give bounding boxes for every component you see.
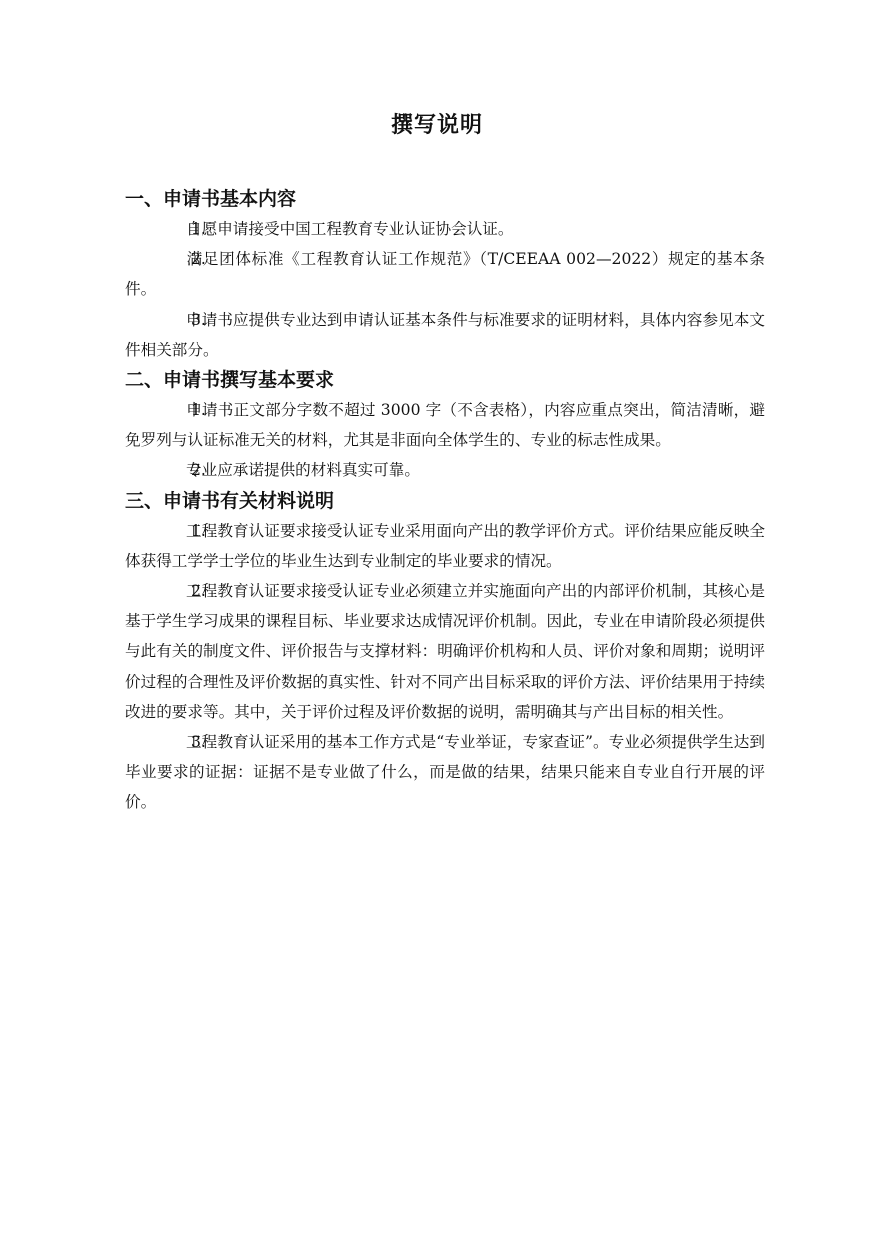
item-number: 1. [158, 516, 186, 546]
list-item: 2.工程教育认证要求接受认证专业必须建立并实施面向产出的内部评价机制，其核心是基… [125, 576, 765, 727]
list-item: 1.申请书正文部分字数不超过 3000 字（不含表格），内容应重点突出，简洁清晰… [125, 395, 765, 455]
item-number: 3. [158, 727, 186, 757]
item-number: 1. [158, 214, 186, 244]
section-heading: 三、申请书有关材料说明 [125, 486, 765, 516]
item-number: 2. [158, 455, 186, 485]
section-heading: 一、申请书基本内容 [125, 184, 765, 214]
document-body: 一、申请书基本内容 1.自愿申请接受中国工程教育专业认证协会认证。 2.满足团体… [125, 184, 765, 818]
list-item: 2.专业应承诺提供的材料真实可靠。 [125, 455, 765, 485]
item-text: 工程教育认证要求接受认证专业采用面向产出的教学评价方式。评价结果应能反映全体获得… [125, 522, 765, 570]
item-number: 2. [158, 244, 186, 274]
item-text: 申请书应提供专业达到申请认证基本条件与标准要求的证明材料，具体内容参见本文件相关… [125, 311, 765, 359]
list-item: 3.申请书应提供专业达到申请认证基本条件与标准要求的证明材料，具体内容参见本文件… [125, 305, 765, 365]
item-text: 工程教育认证采用的基本工作方式是“专业举证，专家查证”。专业必须提供学生达到毕业… [125, 733, 765, 811]
item-number: 3. [158, 305, 186, 335]
list-item: 3.工程教育认证采用的基本工作方式是“专业举证，专家查证”。专业必须提供学生达到… [125, 727, 765, 818]
item-number: 1. [158, 395, 186, 425]
section-heading: 二、申请书撰写基本要求 [125, 365, 765, 395]
item-text: 专业应承诺提供的材料真实可靠。 [186, 461, 420, 479]
item-text: 工程教育认证要求接受认证专业必须建立并实施面向产出的内部评价机制，其核心是基于学… [125, 582, 765, 721]
list-item: 1.自愿申请接受中国工程教育专业认证协会认证。 [125, 214, 765, 244]
list-item: 1.工程教育认证要求接受认证专业采用面向产出的教学评价方式。评价结果应能反映全体… [125, 516, 765, 576]
list-item: 2.满足团体标准《工程教育认证工作规范》（T/CEEAA 002—2022）规定… [125, 244, 765, 304]
item-text: 满足团体标准《工程教育认证工作规范》（T/CEEAA 002—2022）规定的基… [125, 250, 765, 298]
item-text: 自愿申请接受中国工程教育专业认证协会认证。 [186, 220, 513, 238]
item-number: 2. [158, 576, 186, 606]
item-text: 申请书正文部分字数不超过 3000 字（不含表格），内容应重点突出，简洁清晰，避… [125, 401, 765, 449]
document-page: 撰写说明 一、申请书基本内容 1.自愿申请接受中国工程教育专业认证协会认证。 2… [0, 0, 874, 1248]
page-title: 撰写说明 [0, 108, 874, 139]
